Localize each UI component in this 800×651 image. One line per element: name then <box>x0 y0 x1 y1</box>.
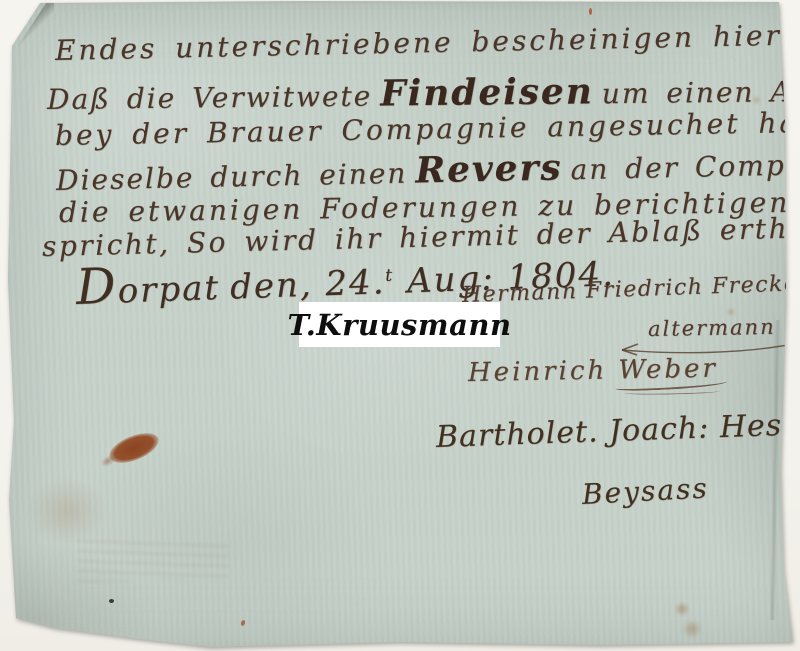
signature-hesse: Bartholet. Joach: Hesse <box>435 407 800 455</box>
scan-background: Endes unterschriebene bescheinigen hierm… <box>0 0 800 651</box>
red-speck <box>240 619 246 626</box>
dateline-day: den, 24. <box>229 262 386 307</box>
handwriting-line-1: Endes unterschriebene bescheinigen hierm… <box>55 18 800 67</box>
watermark-label-text: T.Kruusmann <box>287 308 511 342</box>
handwriting-name-findeisen: Findeisen <box>380 70 594 114</box>
handwriting-segment: um einen Ablaß <box>602 74 800 110</box>
signature-alderman-title: altermann <box>648 315 776 341</box>
ink-showthrough <box>78 540 228 582</box>
handwriting-segment: an der Compagnie <box>570 147 800 186</box>
watermark-label: T.Kruusmann <box>299 302 500 347</box>
signature-hesse-title: Beysass <box>581 471 709 511</box>
signature-weber-given: Heinrich <box>468 356 608 388</box>
cut-corner-shade <box>6 0 54 56</box>
handwriting-segment: Daß die Verwitwete <box>47 80 373 116</box>
signature-weber-family: Weber <box>618 354 718 386</box>
top-red-speck <box>589 8 592 15</box>
mid-right-spot <box>726 308 736 316</box>
dateline-place: Dorpat <box>75 253 221 316</box>
upper-right-spot <box>752 96 761 104</box>
fold-crease-right <box>769 320 780 620</box>
dateline-day-suffix: t <box>385 266 395 286</box>
bottom-right-spot-1 <box>674 602 690 616</box>
faint-stain <box>28 478 106 544</box>
dark-speck <box>109 599 114 603</box>
signature-weber: Heinrich Weber <box>468 354 718 388</box>
bottom-right-spot-2 <box>682 620 702 638</box>
handwriting-word-revers: Revers <box>415 146 563 191</box>
